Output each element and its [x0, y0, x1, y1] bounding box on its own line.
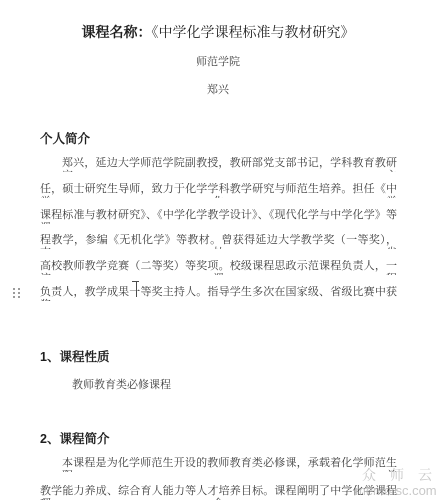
text-cursor-icon: [136, 281, 137, 297]
bio-line[interactable]: 程教学，参编《无机化学》等教材。曾获得延边大学教学奖（一等奖），吉林省: [40, 234, 397, 249]
bio-line[interactable]: 任，硕士研究生导师，致力于化学学科教学研究与师范生培养。担任《中学化学: [40, 183, 397, 198]
section1-heading[interactable]: 1、课程性质: [40, 347, 109, 365]
block-drag-handle-icon[interactable]: [13, 288, 21, 299]
section2-line[interactable]: 本课程是为化学师范生开设的教师教育类必修课，承载着化学师范生职前: [40, 457, 397, 472]
section2-heading[interactable]: 2、课程简介: [40, 429, 109, 447]
author-line[interactable]: 郑兴: [0, 81, 436, 97]
course-name-value: 《中学化学课程标准与教材研究》: [152, 24, 355, 40]
document-title[interactable]: 课程名称：《中学化学课程标准与教材研究》: [0, 23, 436, 42]
intro-section-heading[interactable]: 个人简介: [40, 129, 90, 147]
bio-line[interactable]: 高校教师教学竞赛（二等奖）等奖项。校级课程思政示范课程负责人，一流课程: [40, 260, 397, 275]
bio-line[interactable]: 负责人，教学成果一等奖主持人。指导学生多次在国家级、省级比赛中获奖。: [40, 286, 397, 301]
section2-line[interactable]: 教学能力养成、综合育人能力等人才培养目标。课程阐明了中学化学课程理念，: [40, 485, 397, 500]
bio-line[interactable]: 郑兴，延边大学师范学院副教授，教研部党支部书记，学科教育教研室主: [40, 157, 397, 172]
institution-line[interactable]: 师范学院: [0, 53, 436, 69]
document-page: 课程名称：《中学化学课程标准与教材研究》 师范学院 郑兴 个人简介 郑兴，延边大…: [0, 0, 436, 500]
course-name-label: 课程名称：: [82, 24, 152, 40]
section1-body[interactable]: 教师教育类必修课程: [72, 376, 171, 392]
bio-line[interactable]: 课程标准与教材研究》、《中学化学教学设计》、《现代化学与中学化学》等课: [40, 209, 397, 224]
